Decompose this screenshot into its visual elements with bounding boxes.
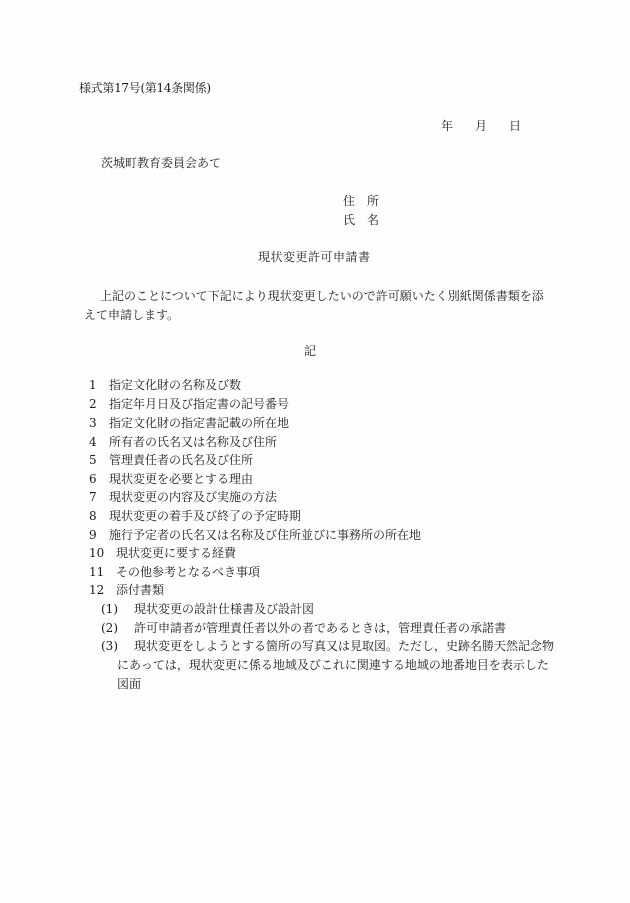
item-text: 現状変更の着手及び終了の予定時期 bbox=[109, 509, 301, 523]
body-paragraph: 上記のことについて下記により現状変更したいので許可願いたく別紙関係書類を添えて申… bbox=[84, 287, 554, 325]
list-item: 4所有者の氏名又は名称及び住所 bbox=[89, 434, 277, 450]
list-item: 7現状変更の内容及び実施の方法 bbox=[89, 489, 277, 505]
list-item: 6現状変更を必要とする理由 bbox=[89, 471, 253, 487]
list-item: 5管理責任者の氏名及び住所 bbox=[89, 452, 253, 468]
attachment-item: (1)現状変更の設計仕様書及び設計図 bbox=[101, 601, 314, 617]
item-text: 現状変更に要する経費 bbox=[116, 546, 236, 560]
item-number: 1 bbox=[89, 377, 109, 393]
name-label-char-1: 氏 bbox=[343, 213, 355, 227]
ki-heading: 記 bbox=[304, 343, 316, 359]
attachment-item: (2)許可申請者が管理責任者以外の者であるときは，管理責任者の承諾書 bbox=[101, 620, 506, 636]
date-line: 年月日 bbox=[441, 118, 521, 134]
date-day-label: 日 bbox=[509, 118, 521, 134]
item-number: 10 bbox=[89, 545, 116, 561]
attachment-number: (2) bbox=[101, 620, 134, 636]
list-item: 10現状変更に要する経費 bbox=[89, 545, 236, 561]
list-item: 2指定年月日及び指定書の記号番号 bbox=[89, 396, 289, 412]
list-item: 9施行予定者の氏名又は名称及び住所並びに事務所の所在地 bbox=[89, 527, 421, 543]
item-number: 6 bbox=[89, 471, 109, 487]
document-page: 様式第17号(第14条関係) 年月日 茨城町教育委員会あて 住所 氏名 現状変更… bbox=[0, 0, 630, 903]
date-year-label: 年 bbox=[441, 118, 453, 134]
list-item: 12添付書類 bbox=[89, 582, 164, 598]
item-number: 4 bbox=[89, 434, 109, 450]
item-text: 所有者の氏名又は名称及び住所 bbox=[109, 435, 277, 449]
attachment-continuation: にあっては，現状変更に係る地域及びこれに関連する地域の地番地目を表示した bbox=[117, 657, 549, 673]
item-text: 指定文化財の指定書記載の所在地 bbox=[109, 416, 289, 430]
applicant-address-label: 住所 bbox=[343, 193, 379, 209]
item-text: 添付書類 bbox=[116, 583, 164, 597]
item-number: 5 bbox=[89, 452, 109, 468]
item-text: 指定年月日及び指定書の記号番号 bbox=[109, 397, 289, 411]
item-number: 12 bbox=[89, 582, 116, 598]
attachment-number: (3) bbox=[101, 638, 134, 654]
date-month-label: 月 bbox=[475, 118, 487, 134]
item-text: 現状変更を必要とする理由 bbox=[109, 472, 253, 486]
form-number: 様式第17号(第14条関係) bbox=[79, 80, 211, 96]
addressee: 茨城町教育委員会あて bbox=[101, 155, 221, 171]
address-label-char-2: 所 bbox=[367, 194, 379, 208]
item-text: その他参考となるべき事項 bbox=[116, 565, 260, 579]
attachment-text: 現状変更の設計仕様書及び設計図 bbox=[134, 602, 314, 616]
list-item: 11その他参考となるべき事項 bbox=[89, 564, 260, 580]
item-number: 11 bbox=[89, 564, 116, 580]
name-label-char-2: 名 bbox=[367, 213, 379, 227]
attachment-continuation: 図面 bbox=[117, 676, 141, 692]
attachment-number: (1) bbox=[101, 601, 134, 617]
attachment-item: (3)現状変更をしようとする箇所の写真又は見取図。ただし，史跡名勝天然記念物 bbox=[101, 638, 554, 654]
item-number: 9 bbox=[89, 527, 109, 543]
item-number: 7 bbox=[89, 489, 109, 505]
item-text: 管理責任者の氏名及び住所 bbox=[109, 453, 253, 467]
item-text: 施行予定者の氏名又は名称及び住所並びに事務所の所在地 bbox=[109, 528, 421, 542]
attachment-text: 現状変更をしようとする箇所の写真又は見取図。ただし，史跡名勝天然記念物 bbox=[134, 639, 554, 653]
list-item: 1指定文化財の名称及び数 bbox=[89, 377, 241, 393]
item-text: 指定文化財の名称及び数 bbox=[109, 378, 241, 392]
list-item: 8現状変更の着手及び終了の予定時期 bbox=[89, 508, 301, 524]
address-label-char-1: 住 bbox=[343, 194, 355, 208]
item-number: 3 bbox=[89, 415, 109, 431]
document-title: 現状変更許可申請書 bbox=[258, 249, 371, 265]
item-number: 8 bbox=[89, 508, 109, 524]
applicant-name-label: 氏名 bbox=[343, 212, 379, 228]
item-number: 2 bbox=[89, 396, 109, 412]
attachment-text: 許可申請者が管理責任者以外の者であるときは，管理責任者の承諾書 bbox=[134, 621, 506, 635]
item-text: 現状変更の内容及び実施の方法 bbox=[109, 490, 277, 504]
body-text: 上記のことについて下記により現状変更したいので許可願いたく別紙関係書類を添えて申… bbox=[84, 289, 544, 322]
list-item: 3指定文化財の指定書記載の所在地 bbox=[89, 415, 289, 431]
